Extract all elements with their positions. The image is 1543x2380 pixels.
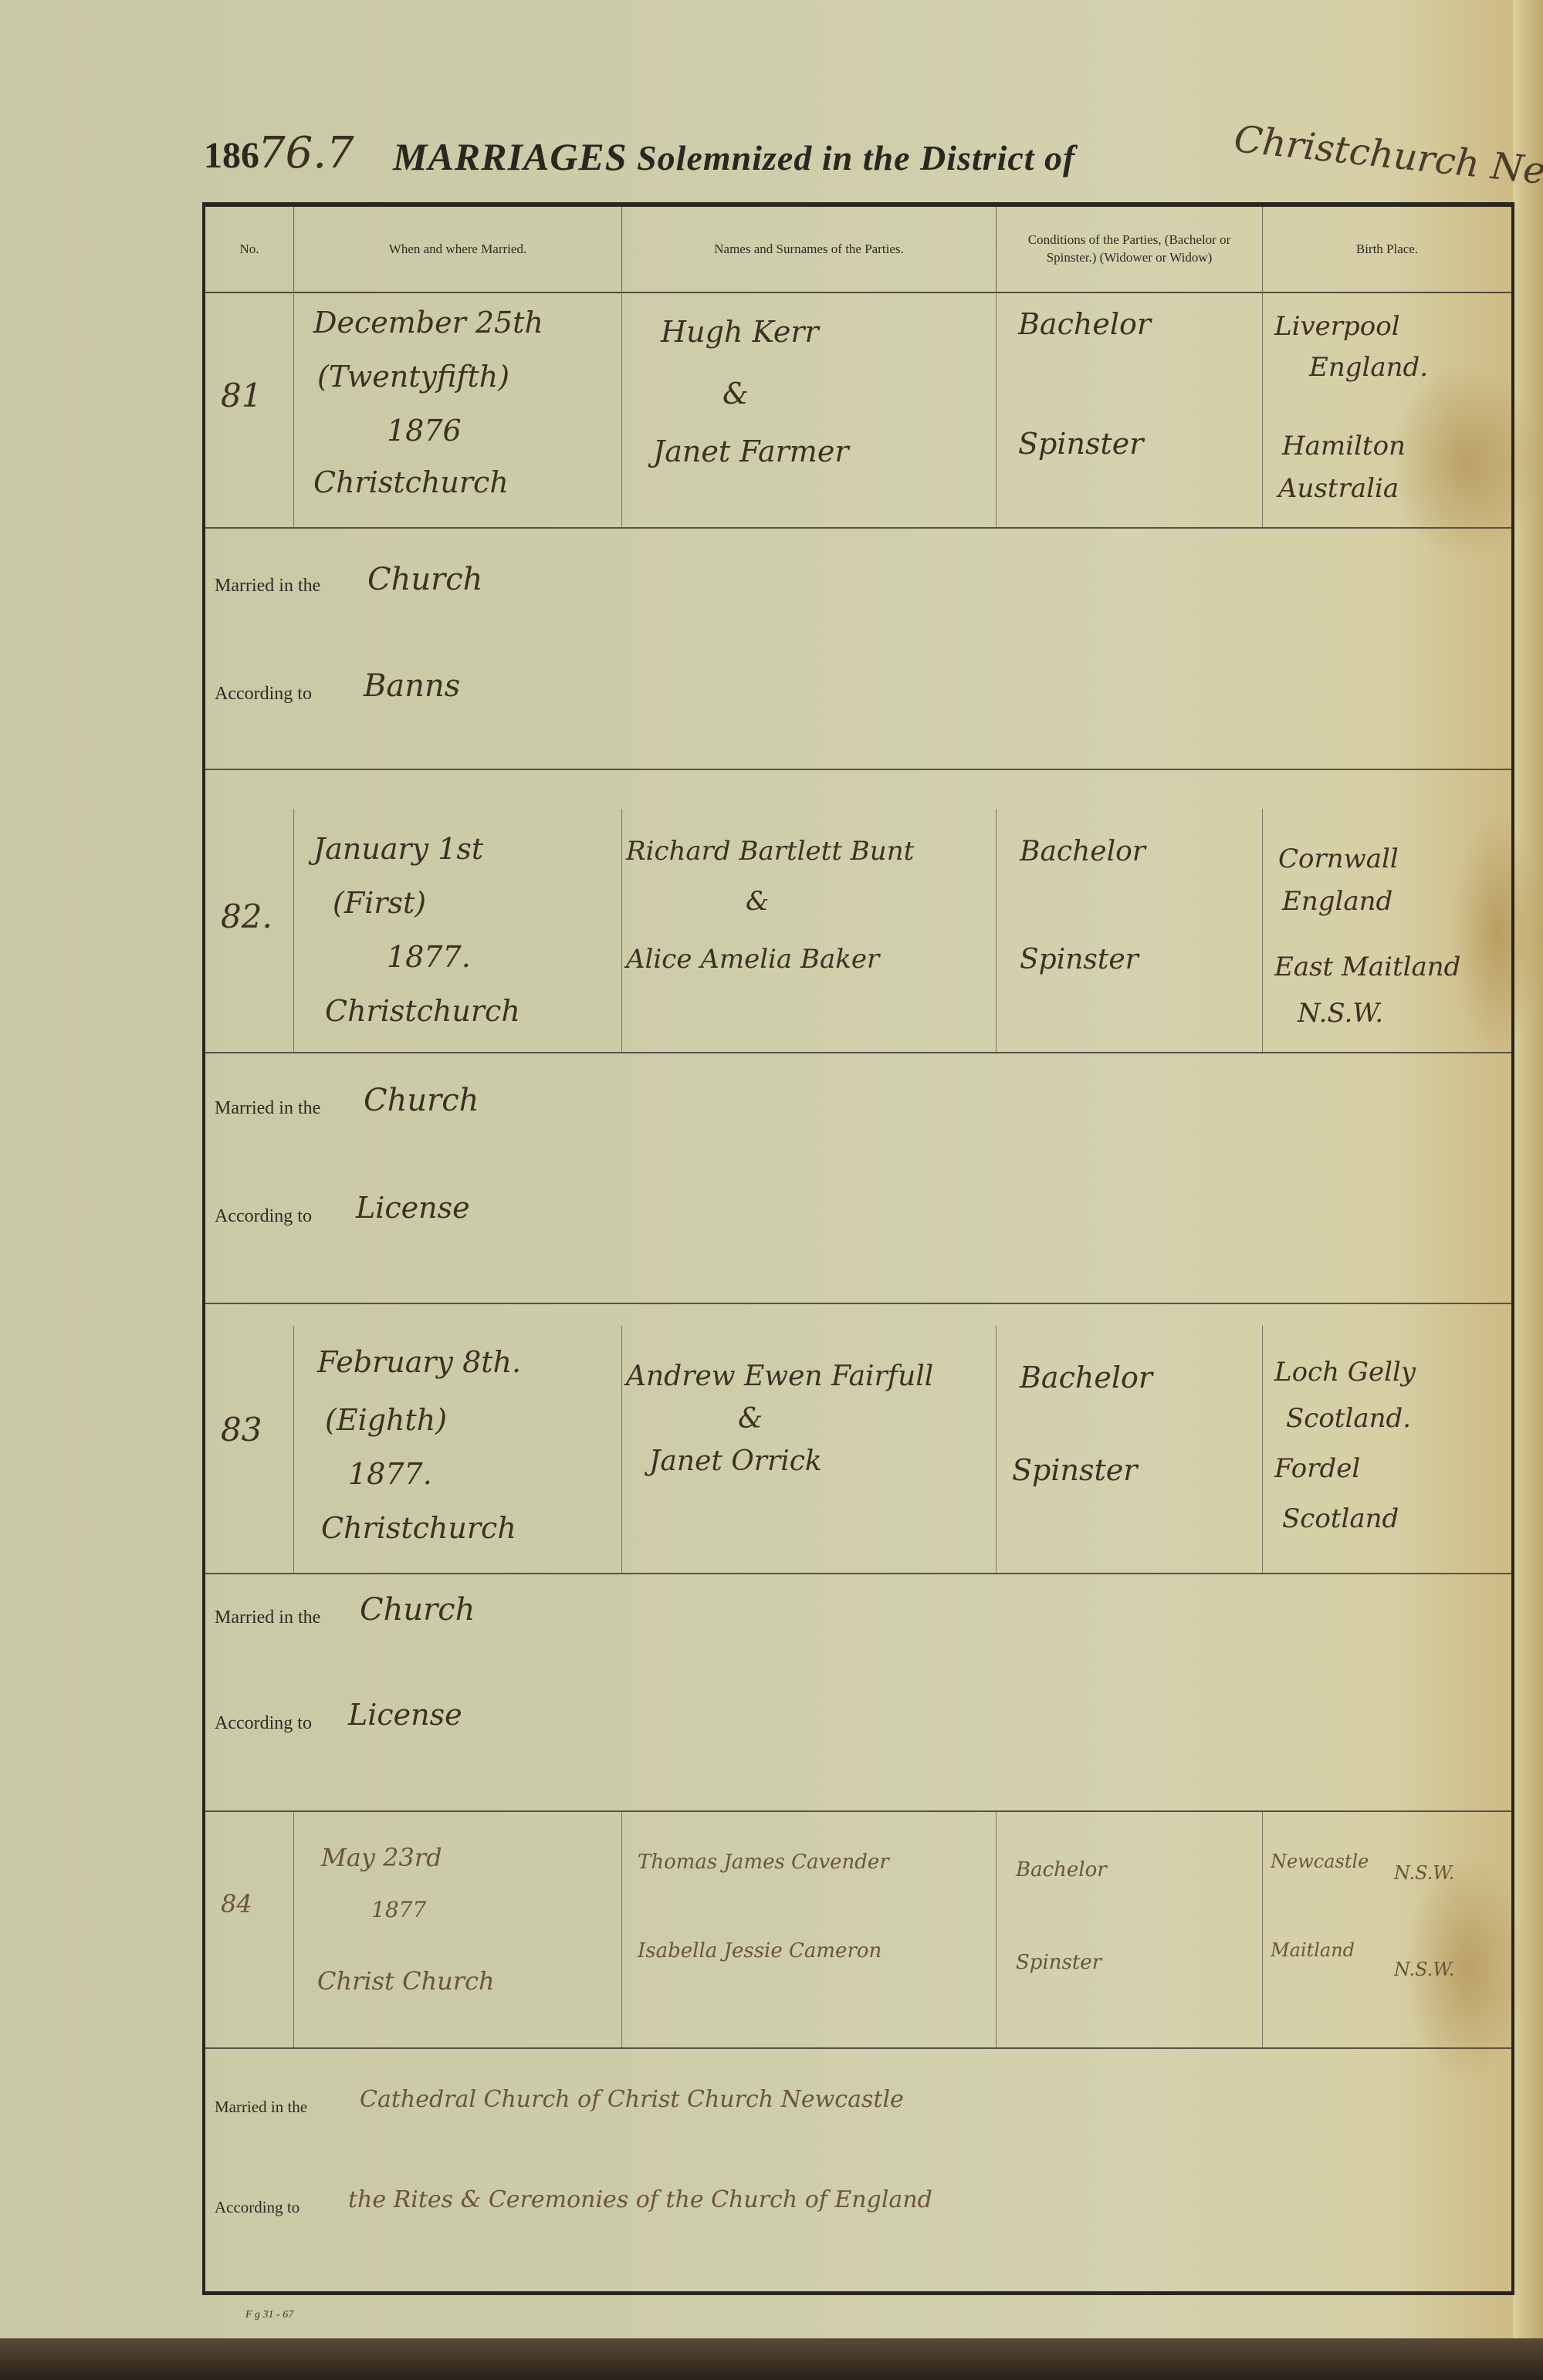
birthplace-cell: Loch Gelly Scotland. Fordel Scotland <box>1263 1326 1511 1573</box>
names-cell: Thomas James Cavender Isabella Jessie Ca… <box>622 1812 997 2047</box>
married-in-value: Church <box>360 1592 475 1628</box>
and-symbol: & <box>746 886 769 917</box>
groom-condition: Bachelor <box>1020 1361 1152 1395</box>
groom-name: Thomas James Cavender <box>638 1851 889 1874</box>
marriage-year: 1877 <box>371 1897 426 1922</box>
marriage-date-words: (Eighth) <box>325 1403 447 1437</box>
entry-number-cell: 84 <box>205 1812 294 2047</box>
groom-birthplace-line: England. <box>1309 352 1428 383</box>
bride-birthplace-line: Hamilton <box>1282 431 1406 461</box>
groom-birthplace-line: Scotland. <box>1286 1403 1411 1434</box>
marriage-year: 1876 <box>387 414 462 448</box>
entry-details-row: 82. January 1st (First) 1877. Christchur… <box>205 809 1511 1053</box>
married-in-label: Married in the <box>215 1608 320 1628</box>
marriage-date-words: (First) <box>333 886 426 920</box>
page-title: 186 76.7 MARRIAGES Solemnized in the Dis… <box>204 123 1516 193</box>
according-to-label: According to <box>215 1713 312 1734</box>
column-header-names: Names and Surnames of the Parties. <box>622 207 997 292</box>
and-symbol: & <box>722 377 749 411</box>
bride-birthplace-line: N.S.W. <box>1298 998 1383 1029</box>
according-to-value: Banns <box>364 668 460 704</box>
groom-condition: Bachelor <box>1020 836 1145 867</box>
and-symbol: & <box>738 1403 763 1435</box>
entry-details-row: 81 December 25th (Twentyfifth) 1876 Chri… <box>205 292 1511 529</box>
bride-name: Isabella Jessie Cameron <box>638 1939 881 1962</box>
birthplace-cell: Liverpool England. Hamilton Australia <box>1263 292 1511 527</box>
marriage-date-words: (Twentyfifth) <box>317 360 509 394</box>
according-to-value: the Rites & Ceremonies of the Church of … <box>348 2186 932 2213</box>
when-where-cell: February 8th. (Eighth) 1877. Christchurc… <box>294 1326 622 1573</box>
register-entry: 84 May 23rd 1877 Christ Church Thomas Ja… <box>205 1812 1511 2298</box>
according-to-value: License <box>348 1698 462 1732</box>
entry-number-cell: 81 <box>205 292 294 527</box>
bride-birthplace-line: N.S.W. <box>1394 1959 1454 1980</box>
entry-divider <box>205 1303 1511 1304</box>
marriage-date: May 23rd <box>321 1843 442 1872</box>
table-header: No. When and where Married. Names and Su… <box>205 207 1511 293</box>
married-in-value: Cathedral Church of Christ Church Newcas… <box>360 2086 904 2113</box>
register-entry: 82. January 1st (First) 1877. Christchur… <box>205 809 1511 1318</box>
register-entry: 81 December 25th (Twentyfifth) 1876 Chri… <box>205 292 1511 770</box>
bride-name: Janet Farmer <box>653 434 849 468</box>
groom-birthplace-line: Cornwall <box>1278 843 1399 874</box>
column-header-birthplace: Birth Place. <box>1263 207 1511 292</box>
married-in-label: Married in the <box>215 2098 307 2117</box>
bride-condition: Spinster <box>1018 427 1143 461</box>
birthplace-cell: Cornwall England East Maitland N.S.W. <box>1263 809 1511 1052</box>
entry-number: 81 <box>221 377 262 414</box>
when-where-cell: May 23rd 1877 Christ Church <box>294 1812 622 2047</box>
birthplace-cell: Newcastle N.S.W. Maitland N.S.W. <box>1263 1812 1511 2047</box>
book-cover-shadow <box>0 2338 1543 2380</box>
groom-birthplace-line: Loch Gelly <box>1274 1357 1416 1388</box>
heading-caps: MARRIAGES <box>393 135 628 178</box>
conditions-cell: Bachelor Spinster <box>997 1812 1263 2047</box>
groom-condition: Bachelor <box>1016 1858 1107 1881</box>
marriage-place: Christchurch <box>313 465 509 499</box>
when-where-cell: January 1st (First) 1877. Christchurch <box>294 809 622 1052</box>
column-header-when: When and where Married. <box>294 207 622 292</box>
according-to-value: License <box>356 1191 470 1225</box>
names-cell: Andrew Ewen Fairfull & Janet Orrick <box>622 1326 997 1573</box>
according-to-label: According to <box>215 1206 312 1227</box>
bride-birthplace-line: Scotland <box>1282 1503 1399 1534</box>
bride-name: Alice Amelia Baker <box>626 944 879 975</box>
marriage-date: December 25th <box>313 306 543 340</box>
form-code: F g 31 - 67 <box>245 2309 293 2321</box>
marriage-date: February 8th. <box>317 1345 521 1379</box>
conditions-cell: Bachelor Spinster <box>997 292 1263 527</box>
bride-birthplace-line: Fordel <box>1274 1453 1360 1484</box>
entry-number: 82. <box>221 898 272 935</box>
groom-name: Hugh Kerr <box>661 315 819 349</box>
bride-name: Janet Orrick <box>649 1445 822 1477</box>
according-to-label: According to <box>215 684 312 705</box>
married-in-label: Married in the <box>215 1098 320 1119</box>
marriage-place: Christ Church <box>317 1966 495 1996</box>
groom-name: Andrew Ewen Fairfull <box>626 1361 933 1392</box>
entry-details-row: 83 February 8th. (Eighth) 1877. Christch… <box>205 1326 1511 1574</box>
bride-condition: Spinster <box>1016 1951 1101 1974</box>
bride-condition: Spinster <box>1012 1453 1137 1487</box>
bride-birthplace-line: Maitland <box>1271 1939 1355 1961</box>
bride-condition: Spinster <box>1020 944 1139 975</box>
groom-condition: Bachelor <box>1018 307 1151 341</box>
entry-number-cell: 82. <box>205 809 294 1052</box>
heading-rest: Solemnized in the District of <box>637 138 1075 177</box>
marriage-register-table: No. When and where Married. Names and Su… <box>202 202 1514 2295</box>
entry-number: 83 <box>221 1411 262 1449</box>
marriage-place: Christchurch <box>325 994 520 1028</box>
married-in-label: Married in the <box>215 576 320 597</box>
marriage-year: 1877. <box>387 940 471 974</box>
when-where-cell: December 25th (Twentyfifth) 1876 Christc… <box>294 292 622 527</box>
register-entry: 83 February 8th. (Eighth) 1877. Christch… <box>205 1318 1511 1812</box>
names-cell: Hugh Kerr & Janet Farmer <box>622 292 997 527</box>
conditions-cell: Bachelor Spinster <box>997 809 1263 1052</box>
marriage-place: Christchurch <box>321 1511 516 1545</box>
marriage-date: January 1st <box>313 832 483 866</box>
married-in-value: Church <box>364 1083 479 1118</box>
according-to-label: According to <box>215 2198 299 2217</box>
column-header-conditions: Conditions of the Parties, (Bachelor or … <box>997 207 1263 292</box>
heading: MARRIAGES Solemnized in the District of <box>393 134 1075 179</box>
groom-birthplace-line: England <box>1282 886 1392 917</box>
column-header-no: No. <box>205 207 294 292</box>
entry-divider <box>205 769 1511 770</box>
entry-number-cell: 83 <box>205 1326 294 1573</box>
conditions-cell: Bachelor Spinster <box>997 1326 1263 1573</box>
names-cell: Richard Bartlett Bunt & Alice Amelia Bak… <box>622 809 997 1052</box>
year-printed: 186 <box>204 134 259 177</box>
married-in-value: Church <box>367 562 482 597</box>
groom-birthplace-line: N.S.W. <box>1394 1862 1454 1884</box>
entry-details-row: 84 May 23rd 1877 Christ Church Thomas Ja… <box>205 1812 1511 2049</box>
year-handwritten: 76.7 <box>258 128 354 178</box>
entry-number: 84 <box>221 1889 252 1919</box>
groom-birthplace-line: Liverpool <box>1274 311 1400 342</box>
marriage-year: 1877. <box>348 1457 432 1491</box>
bride-birthplace-line: East Maitland <box>1274 952 1460 982</box>
groom-birthplace-line: Newcastle <box>1271 1851 1369 1872</box>
bride-birthplace-line: Australia <box>1278 473 1399 504</box>
groom-name: Richard Bartlett Bunt <box>626 836 914 867</box>
